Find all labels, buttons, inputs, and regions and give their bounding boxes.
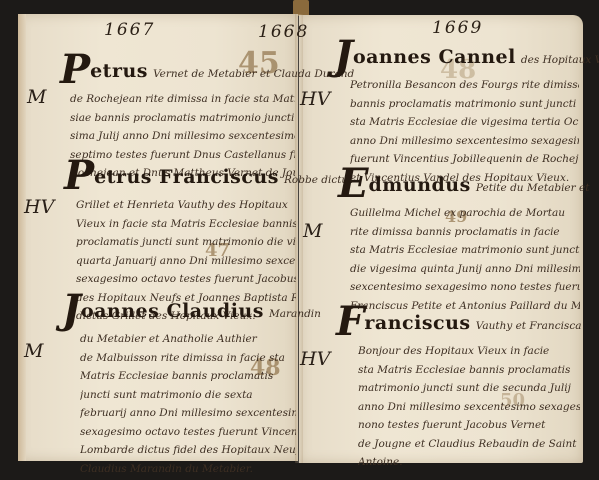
entry-line: Petronilla Besancon des Fourgs rite dimi… [350,76,579,95]
entry-name: etrus Franciscus [94,166,279,188]
entry-line: sima Julij anno Dni millesimo sexcentesi… [70,127,295,146]
margin-note: M [24,340,43,362]
entry-head-text: Petite du Metabier et [476,182,590,194]
entry-line: matrimonio juncti sunt die secunda Julij [358,379,580,398]
entry-line: nono testes fuerunt Jacobus Vernet [358,416,580,435]
entry-line: siae bannis proclamatis matrimonio junct… [70,109,295,128]
left-page-edge [18,14,26,461]
entry-line: rite dimissa bannis proclamatis in facie [350,223,580,242]
entry-line: juncti sunt matrimonio die sexta [80,386,296,405]
entry-name: oannes Cannel [353,46,516,68]
entry-line: Matris Ecclesiae bannis proclamatis [80,367,296,386]
entry-line: quarta Januarij anno Dni millesimo sexce… [76,252,296,271]
entry-line: sta Matris Ecclesiae bannis proclamatis [358,361,580,380]
book-spine [295,14,303,463]
entry-initial: F [336,298,364,345]
entry-initial: J [334,32,353,79]
entry-line: die vigesima quinta Junij anno Dni mille… [350,260,580,279]
entry-line: sexcentesimo sexagesimo nono testes fuer… [350,278,580,297]
entry-line: Antoine. [358,453,580,472]
entry-line: de Rochejean rite dimissa in facie sta M… [70,90,295,109]
entry-line: februarij anno Dni millesimo sexcentesim… [80,404,296,423]
entry-line: bannis proclamatis matrimonio sunt junct… [350,95,579,114]
entry-line: Vieux in facie sta Matris Ecclesiae bann… [76,215,296,234]
entry-head-text: Vauthy et Francisca [476,320,582,332]
entry-initial: P [60,46,90,93]
entry-line: sta Matris Ecclesiae matrimonio sunt jun… [350,241,580,260]
entry-line: du Metabier et Anatholie Authier [80,330,296,349]
entry-name: etrus [90,60,148,82]
entry-line: Grillet et Henrieta Vauthy des Hopitaux [76,196,296,215]
entry-line: sexagesimo octavo testes fuerunt Vincent… [80,423,296,442]
register-entry: Franciscus Vauthy et Francisca Bonjour d… [336,302,580,472]
entry-line: proclamatis juncti sunt matrimonio die v… [76,233,296,252]
entry-name: oannes Claudius [81,300,264,322]
margin-note: M [303,220,322,242]
margin-note: M [27,86,46,108]
entry-name: ranciscus [364,312,470,334]
entry-initial: E [338,160,369,207]
entry-line: de Malbuisson rite dimissa in facie sta [80,349,296,368]
margin-note: HV [24,196,54,218]
entry-line: anno Dni millesimo sexcentesimo sexagesi… [358,398,580,417]
entry-initial: P [64,152,94,199]
entry-line: Guillelma Michel ex parochia de Mortau [350,204,580,223]
margin-note: HV [300,348,330,370]
entry-line: de Jougne et Claudius Rebaudin de Saint [358,435,580,454]
entry-initial: J [62,286,81,333]
entry-head-text: des Hopitaux Vieux et [521,54,599,66]
register-entry: Joannes Claudius Marandin du Metabier et… [62,290,296,478]
entry-name: dmundus [369,174,471,196]
year-header-right: 1669 [432,18,483,38]
entry-line: sexagesimo octavo testes fuerunt Jacobus… [76,270,296,289]
entry-line: Bonjour des Hopitaux Vieux in facie [358,342,580,361]
entry-line: sta Matris Ecclesiae die vigesima tertia… [350,113,579,132]
year-header-left-secondary: 1668 [258,22,309,42]
entry-line: Lombarde dictus fidel des Hopitaux Neufs… [80,441,296,460]
margin-note: HV [300,88,330,110]
entry-line: anno Dni millesimo sexcentesimo sexagesi… [350,132,579,151]
entry-line: Claudius Marandin du Metabier. [80,460,296,479]
register-entry: Edmundus Petite du Metabier et Guillelma… [338,164,580,315]
year-header-left: 1667 [104,20,155,40]
entry-head-text: Marandin [269,308,321,320]
entry-head-text: Vernet de Metabier et Clauda Durand [153,68,354,80]
